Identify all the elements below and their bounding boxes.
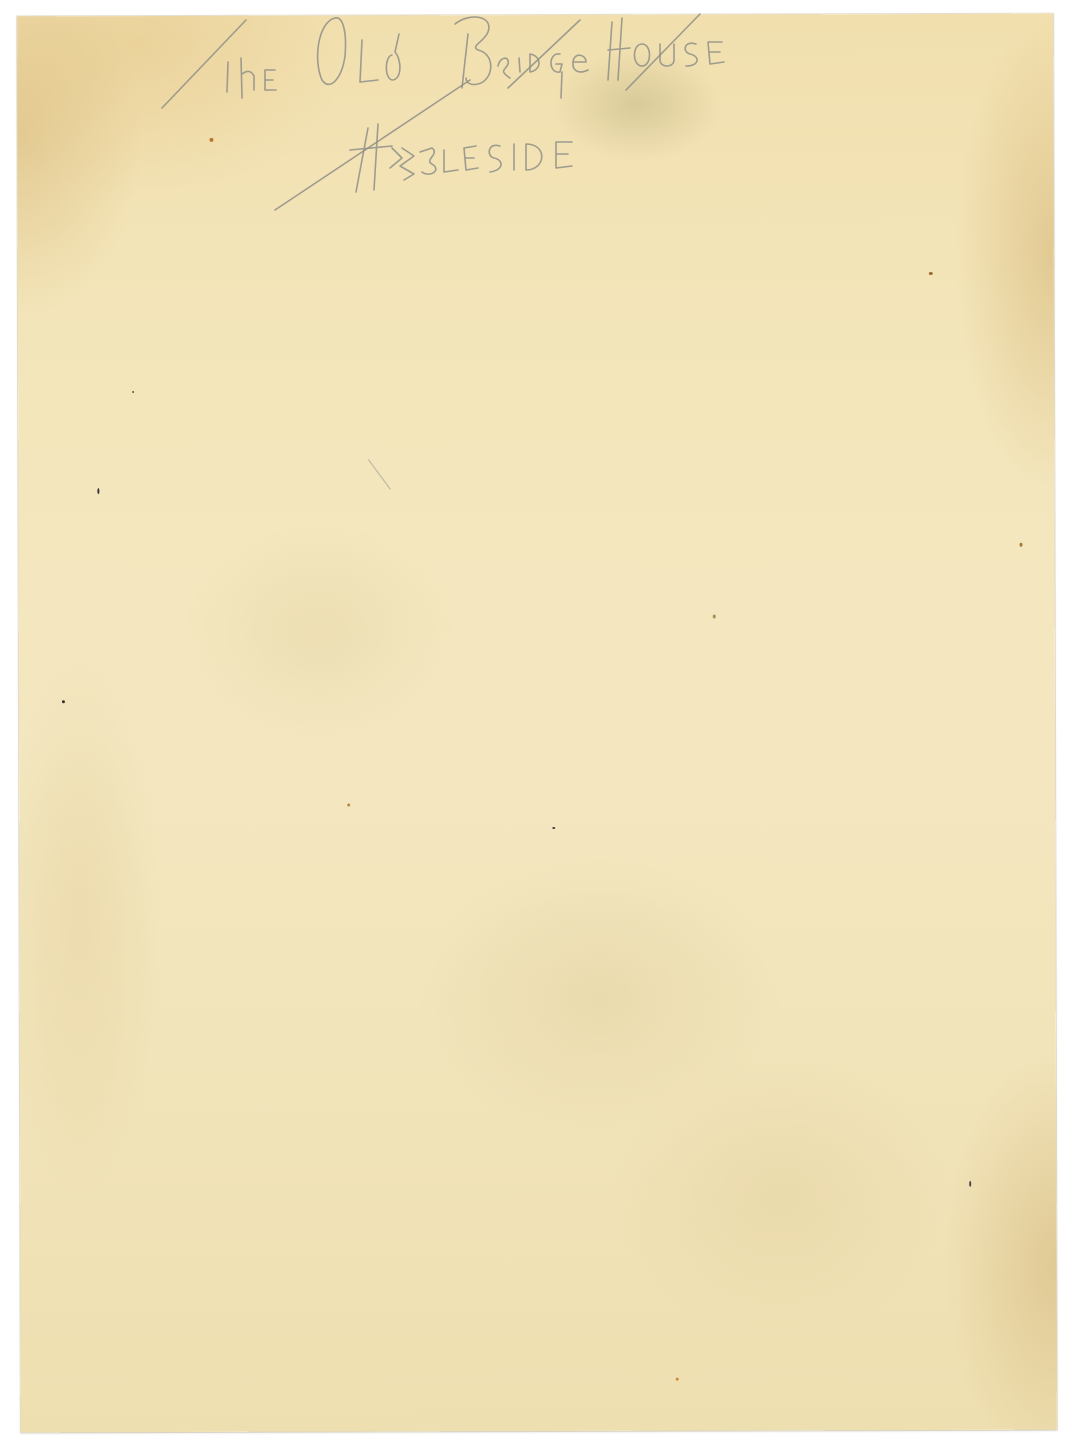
dirt-speck (969, 1181, 971, 1187)
foxing-speck (347, 803, 350, 806)
foxing-speck (1020, 543, 1023, 547)
dirt-speck (62, 700, 65, 703)
scanned-page: THE OLD BRIDGE HOUSE AMBLESIDE (0, 0, 1078, 1452)
pencil-scratch (348, 445, 408, 505)
dirt-speck (132, 391, 134, 393)
foxing-speck (929, 272, 933, 275)
foxing-speck (713, 615, 716, 619)
dirt-speck (552, 827, 555, 829)
dirt-speck (97, 488, 99, 494)
aged-paper-sheet (17, 14, 1057, 1433)
foxing-speck (676, 1378, 679, 1381)
foxing-speck (209, 138, 213, 142)
